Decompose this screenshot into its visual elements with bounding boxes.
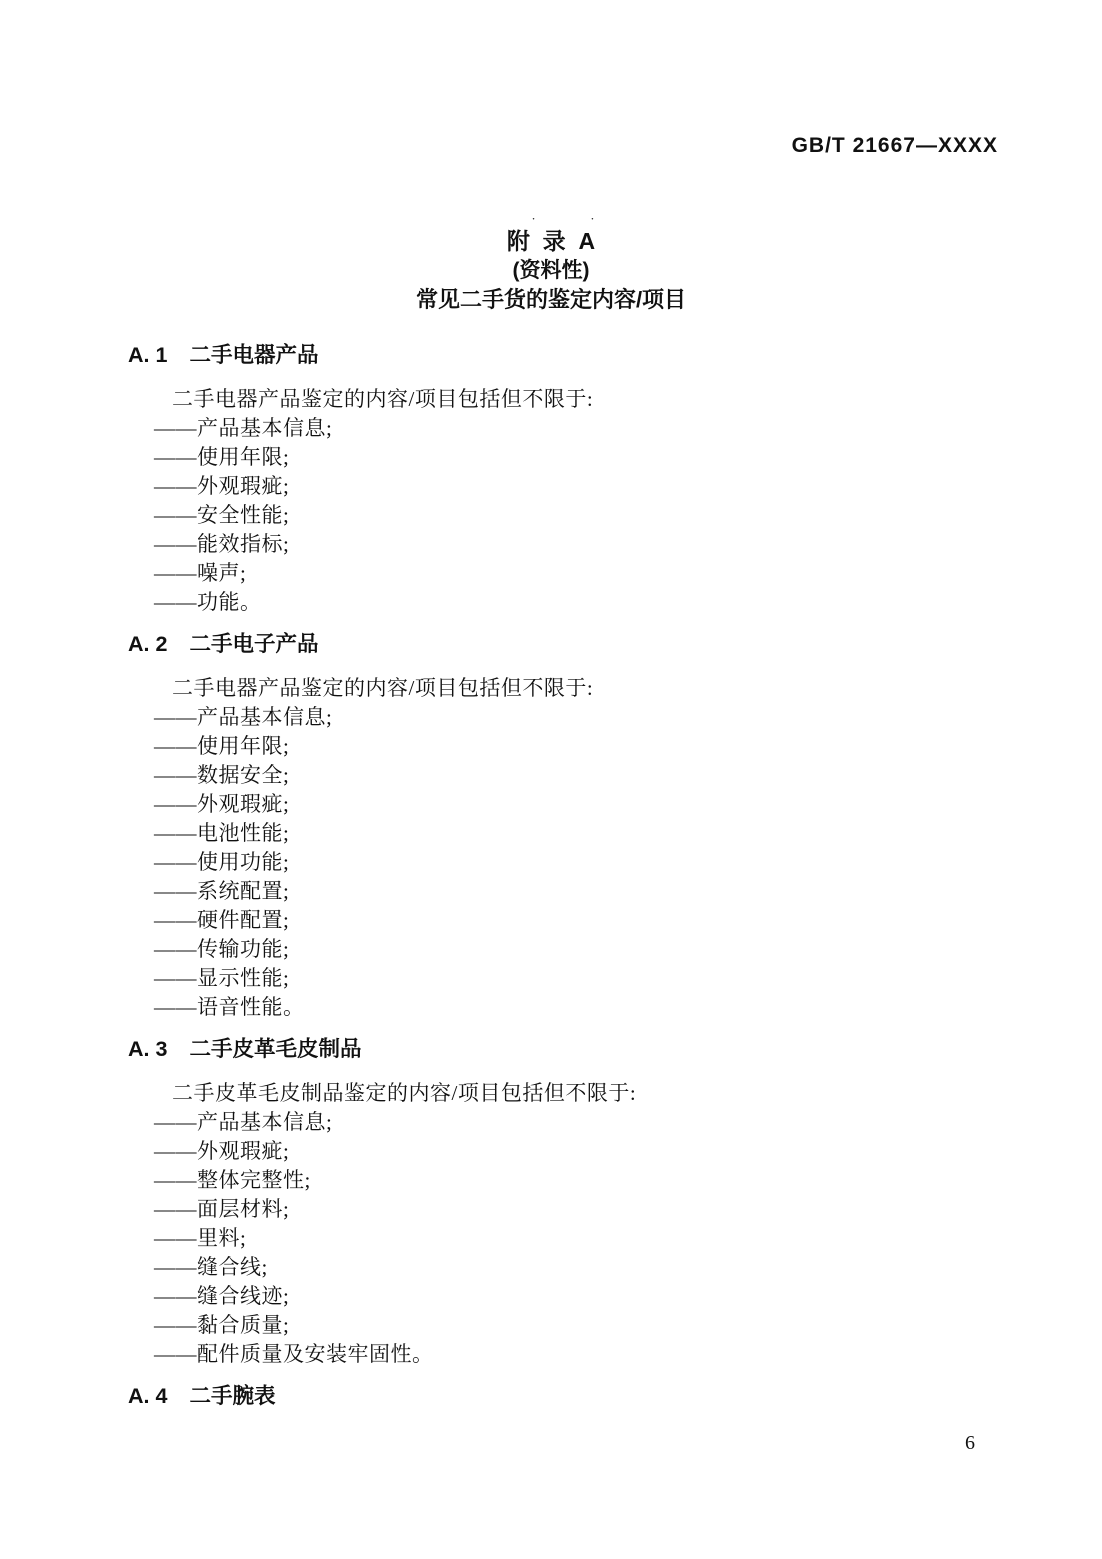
section-intro: 二手皮革毛皮制品鉴定的内容/项目包括但不限于: bbox=[172, 1079, 1102, 1108]
list-item: ——使用年限; bbox=[154, 732, 1102, 761]
section-title: 二手腕表 bbox=[189, 1384, 275, 1408]
list-item: ——黏合质量; bbox=[154, 1311, 1102, 1340]
section-heading: A. 2二手电子产品 bbox=[128, 630, 1102, 659]
section-heading: A. 1二手电器产品 bbox=[128, 341, 1102, 370]
document-page: GB/T 21667—XXXX · · 附 录 A (资料性) 常见二手货的鉴定… bbox=[0, 0, 1102, 1559]
list-item: ——功能。 bbox=[154, 588, 1102, 617]
list-item: ——使用年限; bbox=[154, 443, 1102, 472]
list-item: ——产品基本信息; bbox=[154, 1108, 1102, 1137]
list-item: ——整体完整性; bbox=[154, 1166, 1102, 1195]
appendix-heading: 常见二手货的鉴定内容/项目 bbox=[0, 285, 1102, 314]
section-heading: A. 4二手腕表 bbox=[128, 1382, 1102, 1411]
section: A. 3二手皮革毛皮制品二手皮革毛皮制品鉴定的内容/项目包括但不限于:——产品基… bbox=[0, 1022, 1102, 1369]
section-number: A. 1 bbox=[128, 343, 167, 367]
list-item: ——语音性能。 bbox=[154, 993, 1102, 1022]
section: A. 1二手电器产品二手电器产品鉴定的内容/项目包括但不限于:——产品基本信息;… bbox=[0, 328, 1102, 617]
list-item: ——硬件配置; bbox=[154, 906, 1102, 935]
list-item: ——缝合线; bbox=[154, 1253, 1102, 1282]
list-item: ——外观瑕疵; bbox=[154, 472, 1102, 501]
list-item: ——里料; bbox=[154, 1224, 1102, 1253]
list-item: ——产品基本信息; bbox=[154, 703, 1102, 732]
list-item: ——缝合线迹; bbox=[154, 1282, 1102, 1311]
section: A. 2二手电子产品二手电器产品鉴定的内容/项目包括但不限于:——产品基本信息;… bbox=[0, 617, 1102, 1022]
section-intro: 二手电器产品鉴定的内容/项目包括但不限于: bbox=[172, 385, 1102, 414]
section-heading: A. 3二手皮革毛皮制品 bbox=[128, 1035, 1102, 1064]
list-item: ——传输功能; bbox=[154, 935, 1102, 964]
section-title: 二手电器产品 bbox=[189, 343, 318, 367]
standard-code: GB/T 21667—XXXX bbox=[792, 134, 998, 158]
section-number: A. 2 bbox=[128, 632, 167, 656]
list-item: ——噪声; bbox=[154, 559, 1102, 588]
list-item: ——电池性能; bbox=[154, 819, 1102, 848]
list-item: ——外观瑕疵; bbox=[154, 790, 1102, 819]
section: A. 4二手腕表 bbox=[0, 1369, 1102, 1411]
list-item: ——配件质量及安装牢固性。 bbox=[154, 1340, 1102, 1369]
list-item: ——安全性能; bbox=[154, 501, 1102, 530]
appendix-label: 附 录 A bbox=[0, 226, 1102, 256]
list-item: ——面层材料; bbox=[154, 1195, 1102, 1224]
list-item: ——外观瑕疵; bbox=[154, 1137, 1102, 1166]
section-title: 二手皮革毛皮制品 bbox=[189, 1037, 361, 1061]
list-item: ——使用功能; bbox=[154, 848, 1102, 877]
section-number: A. 3 bbox=[128, 1037, 167, 1061]
page-number: 6 bbox=[965, 1432, 975, 1455]
list-item: ——显示性能; bbox=[154, 964, 1102, 993]
section-intro: 二手电器产品鉴定的内容/项目包括但不限于: bbox=[172, 674, 1102, 703]
title-marks: · · bbox=[40, 212, 1102, 226]
list-item: ——数据安全; bbox=[154, 761, 1102, 790]
section-title: 二手电子产品 bbox=[189, 632, 318, 656]
appendix-title-block: · · 附 录 A (资料性) 常见二手货的鉴定内容/项目 bbox=[0, 212, 1102, 314]
list-item: ——系统配置; bbox=[154, 877, 1102, 906]
sections-container: A. 1二手电器产品二手电器产品鉴定的内容/项目包括但不限于:——产品基本信息;… bbox=[0, 328, 1102, 1426]
section-number: A. 4 bbox=[128, 1384, 167, 1408]
list-item: ——能效指标; bbox=[154, 530, 1102, 559]
list-item: ——产品基本信息; bbox=[154, 414, 1102, 443]
appendix-classification: (资料性) bbox=[0, 256, 1102, 285]
